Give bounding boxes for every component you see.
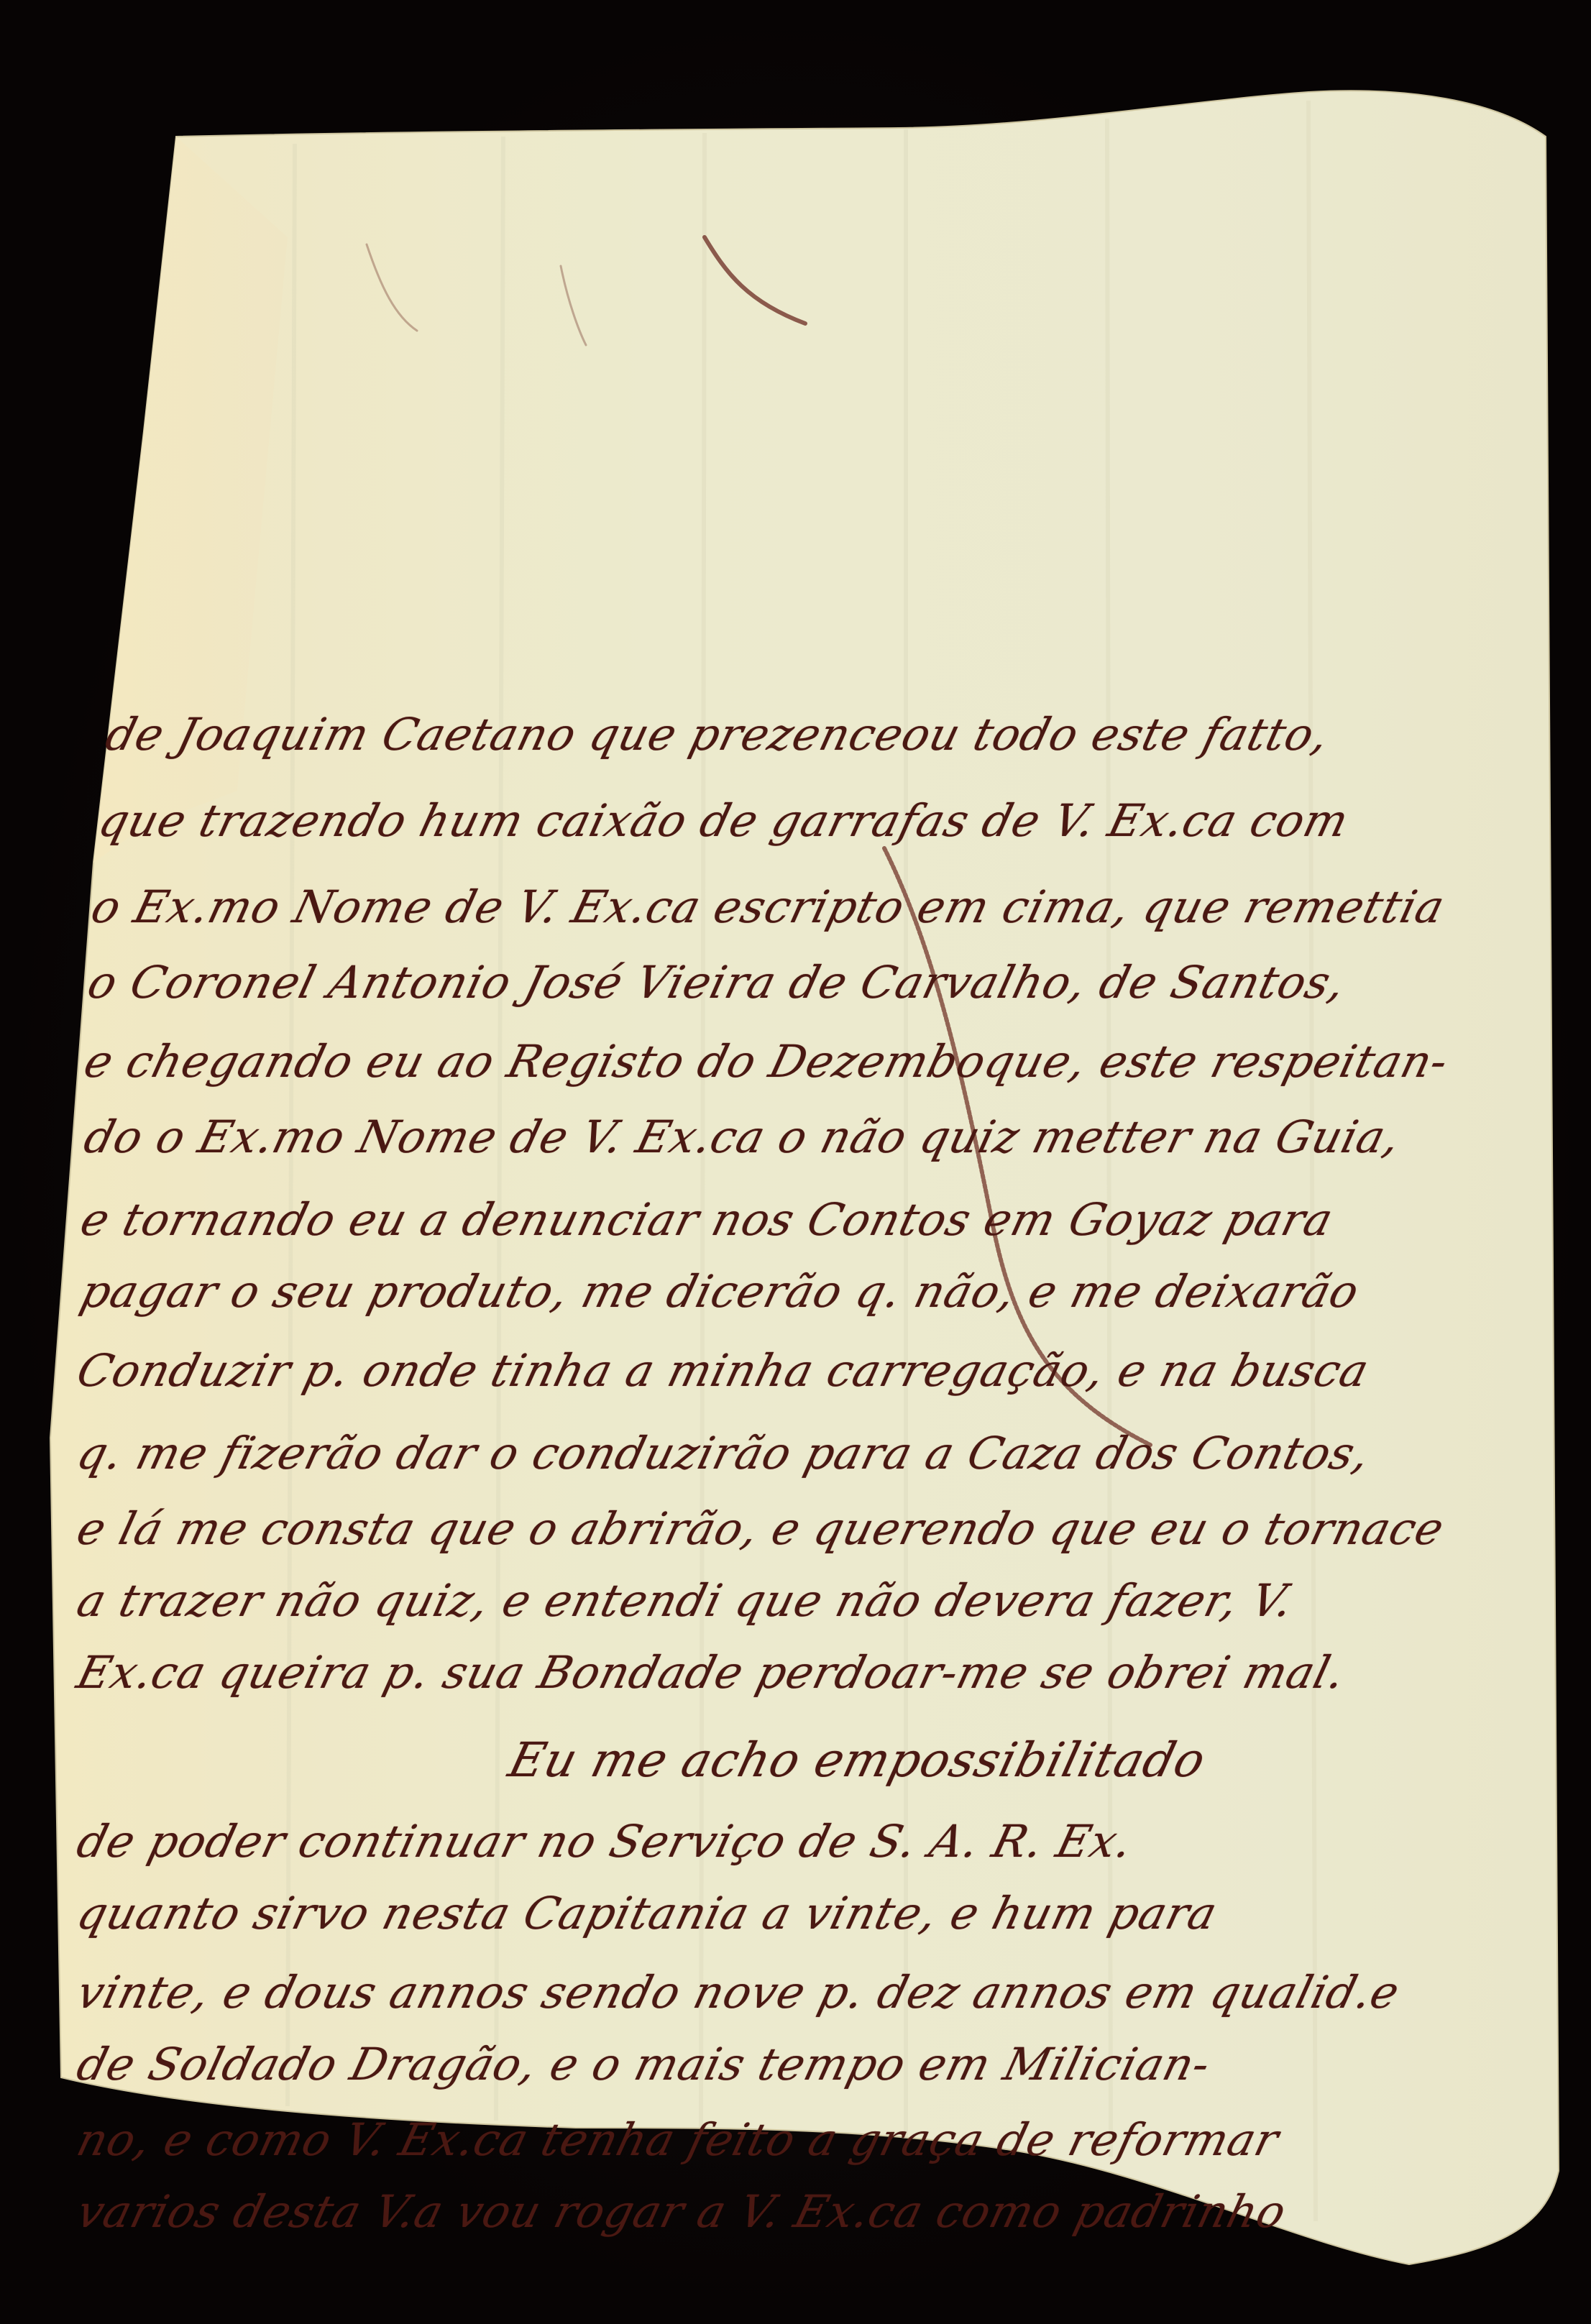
text-line-15: de poder continuar no Serviço de S. A. R… — [72, 1815, 1138, 1868]
text-line-18: de Soldado Dragão, e o mais tempo em Mil… — [72, 2038, 1216, 2090]
text-line-19: no, e como V. Ex.ca tenha feito a graça … — [72, 2113, 1284, 2166]
text-line-17: vinte, e dous annos sendo nove p. dez an… — [72, 1966, 1405, 2018]
text-line-6: do o Ex.mo Nome de V. Ex.ca o não quiz m… — [79, 1111, 1406, 1163]
text-line-7: e tornando eu a denunciar nos Contos em … — [75, 1193, 1339, 1246]
text-line-5: e chegando eu ao Registo do Dezemboque, … — [79, 1035, 1454, 1088]
text-line-8: pagar o seu produto, me dicerão q. não, … — [75, 1265, 1365, 1318]
paragraph-opening-line: Eu me acho empossibilitado — [503, 1732, 1211, 1788]
text-line-4: o Coronel Antonio José Vieira de Carvalh… — [83, 956, 1351, 1009]
manuscript-text: de Joaquim Caetano que prezenceou todo e… — [0, 0, 1591, 2324]
text-line-20: varios desta V.a vou rogar a V. Ex.ca co… — [72, 2185, 1292, 2238]
text-line-11: e lá me consta que o abrirão, e querendo… — [72, 1502, 1449, 1555]
text-line-1: de Joaquim Caetano que prezenceou todo e… — [101, 708, 1335, 761]
text-line-3: o Ex.mo Nome de V. Ex.ca escripto em cim… — [86, 881, 1450, 933]
text-line-12: a trazer não quiz, e entendi que não dev… — [72, 1574, 1299, 1627]
text-line-13: Ex.ca queira p. sua Bondade perdoar-me s… — [72, 1646, 1351, 1699]
text-line-16: quanto sirvo nesta Capitania a vinte, e … — [72, 1887, 1223, 1939]
text-line-9: Conduzir p. onde tinha a minha carregaçã… — [72, 1344, 1375, 1397]
text-line-2: que trazendo hum caixão de garrafas de V… — [93, 794, 1354, 847]
text-line-10: q. me fizerão dar o conduzirão para a Ca… — [72, 1427, 1375, 1479]
